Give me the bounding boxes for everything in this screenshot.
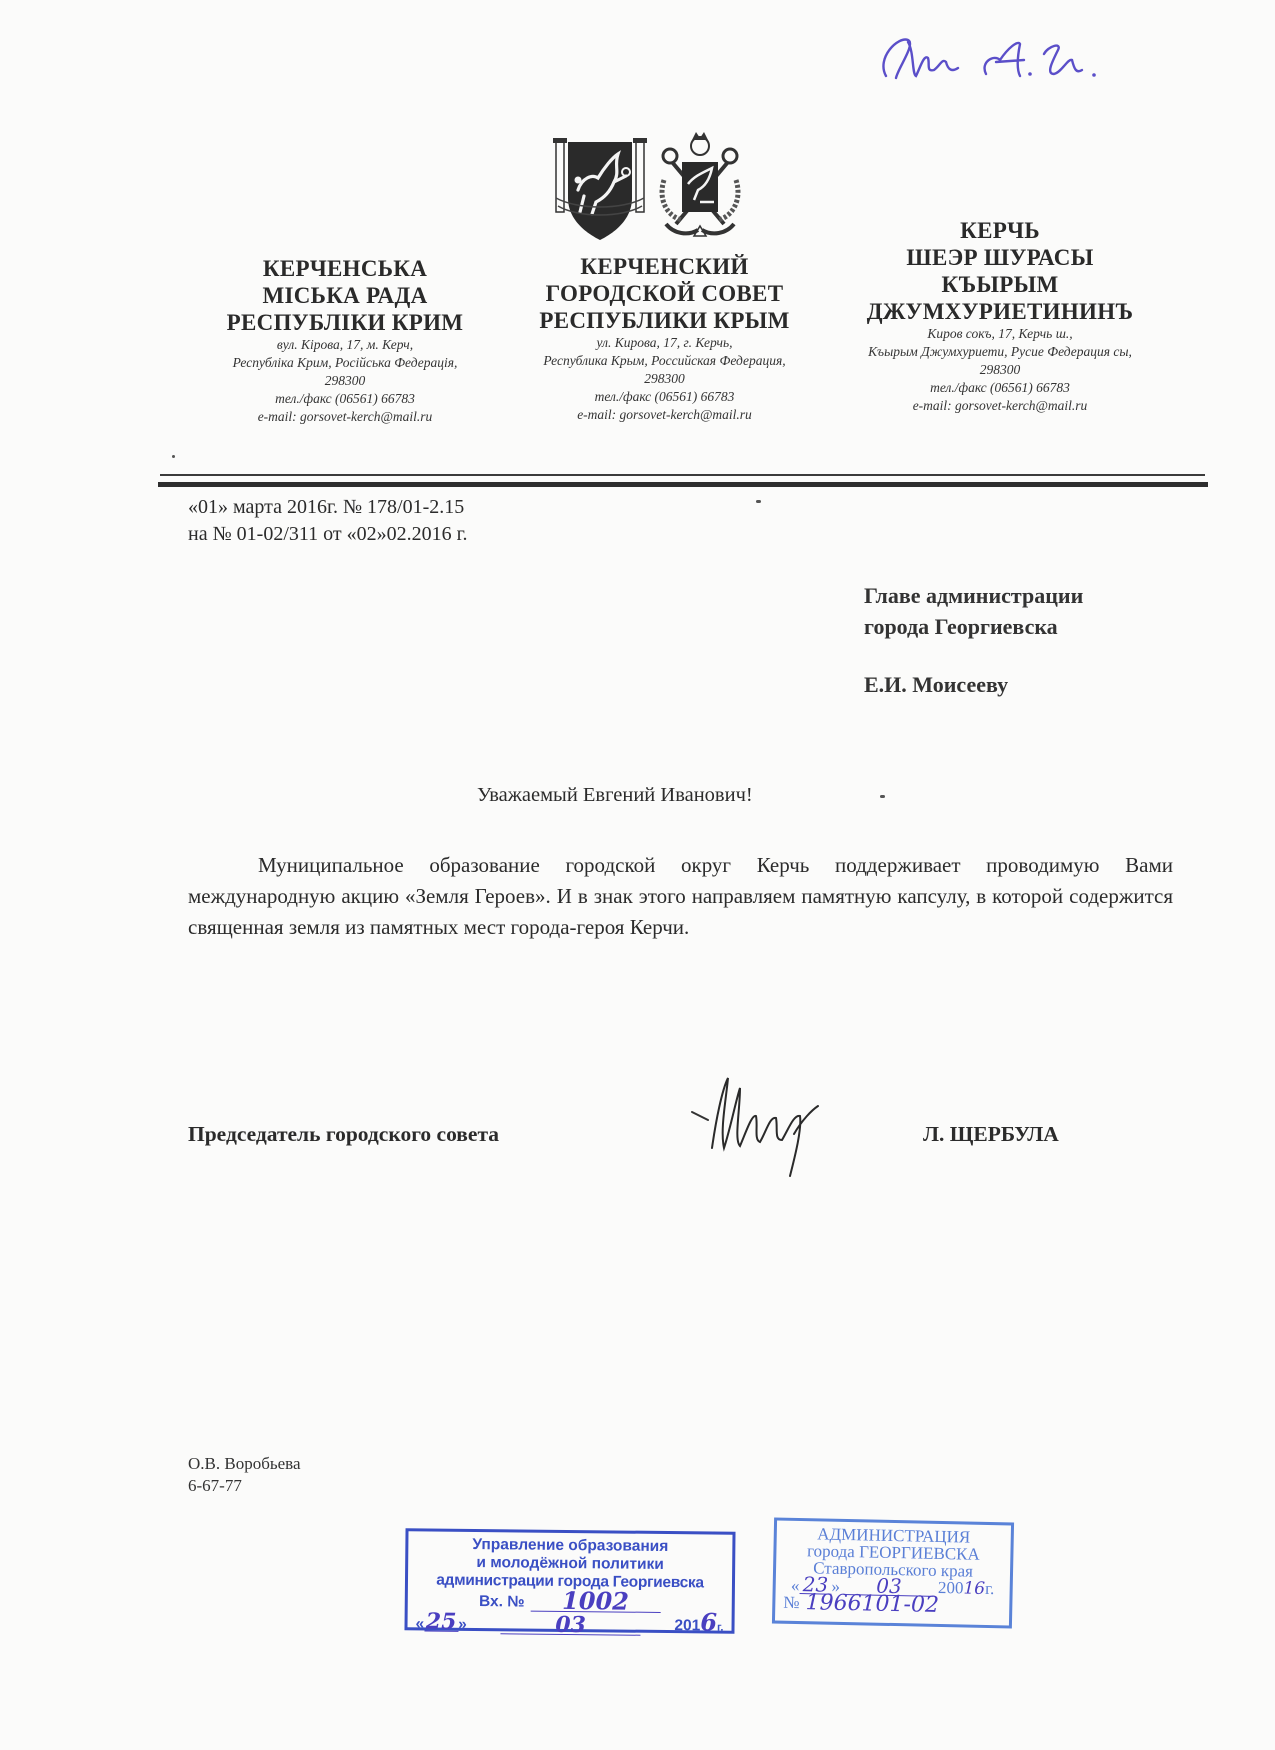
- incoming-stamp-city-administration: АДМИНИСТРАЦИЯ города ГЕОРГИЕВСКА Ставроп…: [772, 1517, 1014, 1628]
- stamp-year-prefix: 200: [938, 1578, 964, 1598]
- outgoing-reference: «01» марта 2016г. № 178/01-2.15: [188, 494, 468, 521]
- addressee-block: Главе администрации города Георгиевска Е…: [864, 580, 1083, 700]
- org-name-crimean-tatar: КЕРЧЬ ШЕЭР ШУРАСЫ КЪЫРЫМ ДЖУМХУРИЕТИНИНЪ: [820, 217, 1180, 325]
- stamp-year-end: г.: [717, 1622, 724, 1634]
- stamp-number-label: №: [783, 1594, 800, 1611]
- greeting: Уважаемый Евгений Иванович!: [477, 784, 753, 807]
- signatory-position: Председатель городского совета: [188, 1122, 499, 1147]
- reply-reference: на № 01-02/311 от «02»02.2016 г.: [188, 521, 468, 548]
- scan-speck: [756, 500, 761, 503]
- addressee-position-1: Главе администрации: [864, 580, 1083, 611]
- header-crimean-tatar: КЕРЧЬ ШЕЭР ШУРАСЫ КЪЫРЫМ ДЖУМХУРИЕТИНИНЪ…: [820, 217, 1180, 415]
- executor-block: О.В. Воробьева 6-67-77: [188, 1453, 301, 1497]
- org-address-ukrainian: вул. Кірова, 17, м. Керч, Республіка Кри…: [180, 336, 510, 426]
- reference-block: «01» марта 2016г. № 178/01-2.15 на № 01-…: [188, 494, 468, 548]
- scan-speck: [880, 795, 885, 798]
- header-ukrainian: КЕРЧЕНСЬКА МІСЬКА РАДА РЕСПУБЛІКИ КРИМ в…: [180, 255, 510, 426]
- letter-body: Муниципальное образование городской окру…: [188, 850, 1173, 943]
- addressee-name: Е.И. Моисееву: [864, 669, 1083, 700]
- signature-row: Председатель городского совета Л. ЩЕРБУЛ…: [188, 1118, 1188, 1178]
- handwritten-note: Ли А.И.: [868, 18, 1138, 88]
- stamp-year-suffix: 6: [700, 1607, 717, 1636]
- org-address-russian: ул. Кирова, 17, г. Керчь, Республика Кры…: [492, 334, 837, 424]
- stamp-in-label: Вх. №: [479, 1593, 525, 1611]
- stamp-day: 25: [424, 1612, 458, 1631]
- stamp-date-line: «25» 03 2016г.: [407, 1610, 731, 1636]
- org-name-ukrainian: КЕРЧЕНСЬКА МІСЬКА РАДА РЕСПУБЛІКИ КРИМ: [180, 255, 510, 336]
- header-russian: КЕРЧЕНСКИЙ ГОРОДСКОЙ СОВЕТ РЕСПУБЛИКИ КР…: [492, 253, 837, 424]
- stamp-year-suffix: 16: [963, 1578, 985, 1598]
- executor-phone: 6-67-77: [188, 1475, 301, 1497]
- org-address-crimean-tatar: Киров сокъ, 17, Керчь ш., Къырым Джумхур…: [820, 325, 1180, 415]
- stamp-year-end: г.: [985, 1579, 995, 1598]
- executor-name: О.В. Воробьева: [188, 1453, 301, 1475]
- signatory-name: Л. ЩЕРБУЛА: [923, 1122, 1059, 1147]
- stamp-year-prefix: 201: [674, 1617, 700, 1634]
- kerch-coat-of-arms-icon: [662, 132, 738, 236]
- stamp-number: 1966101-02: [805, 1594, 939, 1614]
- stamp-in-number: 1002: [530, 1591, 660, 1613]
- addressee-position-2: города Георгиевска: [864, 611, 1083, 642]
- scan-speck: [172, 455, 175, 458]
- header-divider-thin: [160, 474, 1205, 476]
- header-divider-thick: [158, 482, 1208, 487]
- stamp-month: 03: [501, 1615, 641, 1635]
- incoming-stamp-education-dept: Управление образования и молодёжной поли…: [404, 1528, 735, 1633]
- org-name-russian: КЕРЧЕНСКИЙ ГОРОДСКОЙ СОВЕТ РЕСПУБЛИКИ КР…: [492, 253, 837, 334]
- emblems: [548, 128, 768, 248]
- crimea-coat-of-arms-icon: [553, 138, 647, 240]
